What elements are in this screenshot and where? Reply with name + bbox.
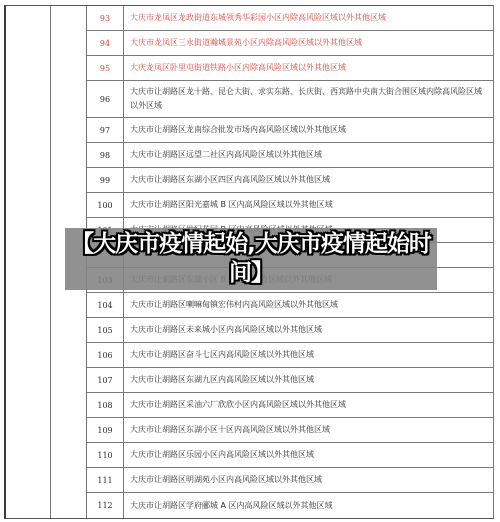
- table-row: 98 大庆市让胡路区远望二社区内高风险区域以外其他区域: [87, 143, 493, 168]
- row-text: 大庆市让胡路区东湖九区内高风险区域以外其他区域: [124, 368, 493, 392]
- table-row: 94 大庆市龙凤区三永街道瀚城景苑小区内除高风险区域以外其他区域: [87, 31, 493, 56]
- row-text: 大庆市让胡路区东湖小区四区内高风险区域以外其他区域: [124, 168, 493, 192]
- row-number: 105: [87, 318, 124, 342]
- table-row: 95 大庆龙凤区卧里屯街道铁路小区内除高风险区域以外其他区域: [87, 56, 493, 81]
- row-text: 大庆市让胡路区远望二社区内高风险区域以外其他区域: [124, 143, 493, 167]
- document-page: 93 大庆市龙凤区龙政街道东城领秀华彩园小区内除高风险区域以外其他区域 94 大…: [0, 0, 500, 522]
- row-text: 大庆市让胡路区阳光嘉城 B 区内高风险区域以外其他区域: [124, 193, 493, 217]
- table-row: 93 大庆市龙凤区龙政街道东城领秀华彩园小区内除高风险区域以外其他区域: [87, 6, 493, 31]
- row-number: 108: [87, 393, 124, 417]
- table-row: 97 大庆市让胡路区龙南综合批发市场内高风险区域以外其他区域: [87, 118, 493, 143]
- row-number: 111: [87, 468, 124, 492]
- row-text: 大庆市让胡路区明湖苑小区内高风险区域以外其他区域: [124, 468, 493, 492]
- table-row: 111 大庆市让胡路区明湖苑小区内高风险区域以外其他区域: [87, 468, 493, 493]
- row-text: 大庆市龙凤区龙政街道东城领秀华彩园小区内除高风险区域以外其他区域: [124, 6, 493, 30]
- row-text: 大庆龙凤区卧里屯街道铁路小区内除高风险区域以外其他区域: [124, 56, 493, 80]
- table-row: 112 大庆市让胡路区学府郦城 A 区内高风险区域以外其他区域: [87, 493, 493, 518]
- row-number: 98: [87, 143, 124, 167]
- row-number: 94: [87, 31, 124, 55]
- table-row: 110 大庆市让胡路区乐园小区内高风险区域以外其他区域: [87, 443, 493, 468]
- table-row: 107 大庆市让胡路区东湖九区内高风险区域以外其他区域: [87, 368, 493, 393]
- row-text: 大庆市龙凤区三永街道瀚城景苑小区内除高风险区域以外其他区域: [124, 31, 493, 55]
- row-number: 100: [87, 193, 124, 217]
- row-text: 大庆市让胡路区学府郦城 A 区内高风险区域以外其他区域: [124, 493, 493, 518]
- row-text: 大庆市让胡路区乐园小区内高风险区域以外其他区域: [124, 443, 493, 467]
- empty-merged-column-1: [6, 6, 51, 518]
- row-text: 大庆市让胡路区未来城小区内高风险区域以外其他区域: [124, 318, 493, 342]
- row-text: 大庆市让胡路区喇嘛甸镇宏伟村内高风险区域以外其他区域: [124, 293, 493, 317]
- table-row: 106 大庆市让胡路区奋斗七区内高风险区域以外其他区域: [87, 343, 493, 368]
- watermark-overlay: 【大庆市疫情起始,大庆市疫情起始时 间】: [65, 228, 437, 290]
- row-number: 97: [87, 118, 124, 142]
- row-number: 110: [87, 443, 124, 467]
- row-text: 大庆市让胡路区龙南综合批发市场内高风险区域以外其他区域: [124, 118, 493, 142]
- row-number: 106: [87, 343, 124, 367]
- row-number: 112: [87, 493, 124, 518]
- row-number: 109: [87, 418, 124, 442]
- row-text: 大庆市让胡路区采油六厂欣欣小区内高风险区域以外其他区域: [124, 393, 493, 417]
- table-row: 100 大庆市让胡路区阳光嘉城 B 区内高风险区域以外其他区域: [87, 193, 493, 218]
- row-number: 99: [87, 168, 124, 192]
- row-number: 95: [87, 56, 124, 80]
- row-text: 大庆市让胡路区奋斗七区内高风险区域以外其他区域: [124, 343, 493, 367]
- table-row: 108 大庆市让胡路区采油六厂欣欣小区内高风险区域以外其他区域: [87, 393, 493, 418]
- row-number: 107: [87, 368, 124, 392]
- row-text: 大庆市让胡路区东湖小区十区内高风险区域以外其他区域: [124, 418, 493, 442]
- table-row: 99 大庆市让胡路区东湖小区四区内高风险区域以外其他区域: [87, 168, 493, 193]
- table-row: 104 大庆市让胡路区喇嘛甸镇宏伟村内高风险区域以外其他区域: [87, 293, 493, 318]
- watermark-title-line1: 【大庆市疫情起始,大庆市疫情起始时: [71, 230, 431, 259]
- row-number: 104: [87, 293, 124, 317]
- row-text: 大庆市让胡路区龙十路、昆仑大街、求实东路、长庆街、西宾路中央南大街合围区域内除高…: [124, 81, 493, 117]
- table-row: 105 大庆市让胡路区未来城小区内高风险区域以外其他区域: [87, 318, 493, 343]
- table-row: 96 大庆市让胡路区龙十路、昆仑大街、求实东路、长庆街、西宾路中央南大街合围区域…: [87, 81, 493, 118]
- table-row: 109 大庆市让胡路区东湖小区十区内高风险区域以外其他区域: [87, 418, 493, 443]
- row-number: 93: [87, 6, 124, 30]
- row-number: 96: [87, 81, 124, 117]
- watermark-title-line2: 间】: [229, 259, 273, 288]
